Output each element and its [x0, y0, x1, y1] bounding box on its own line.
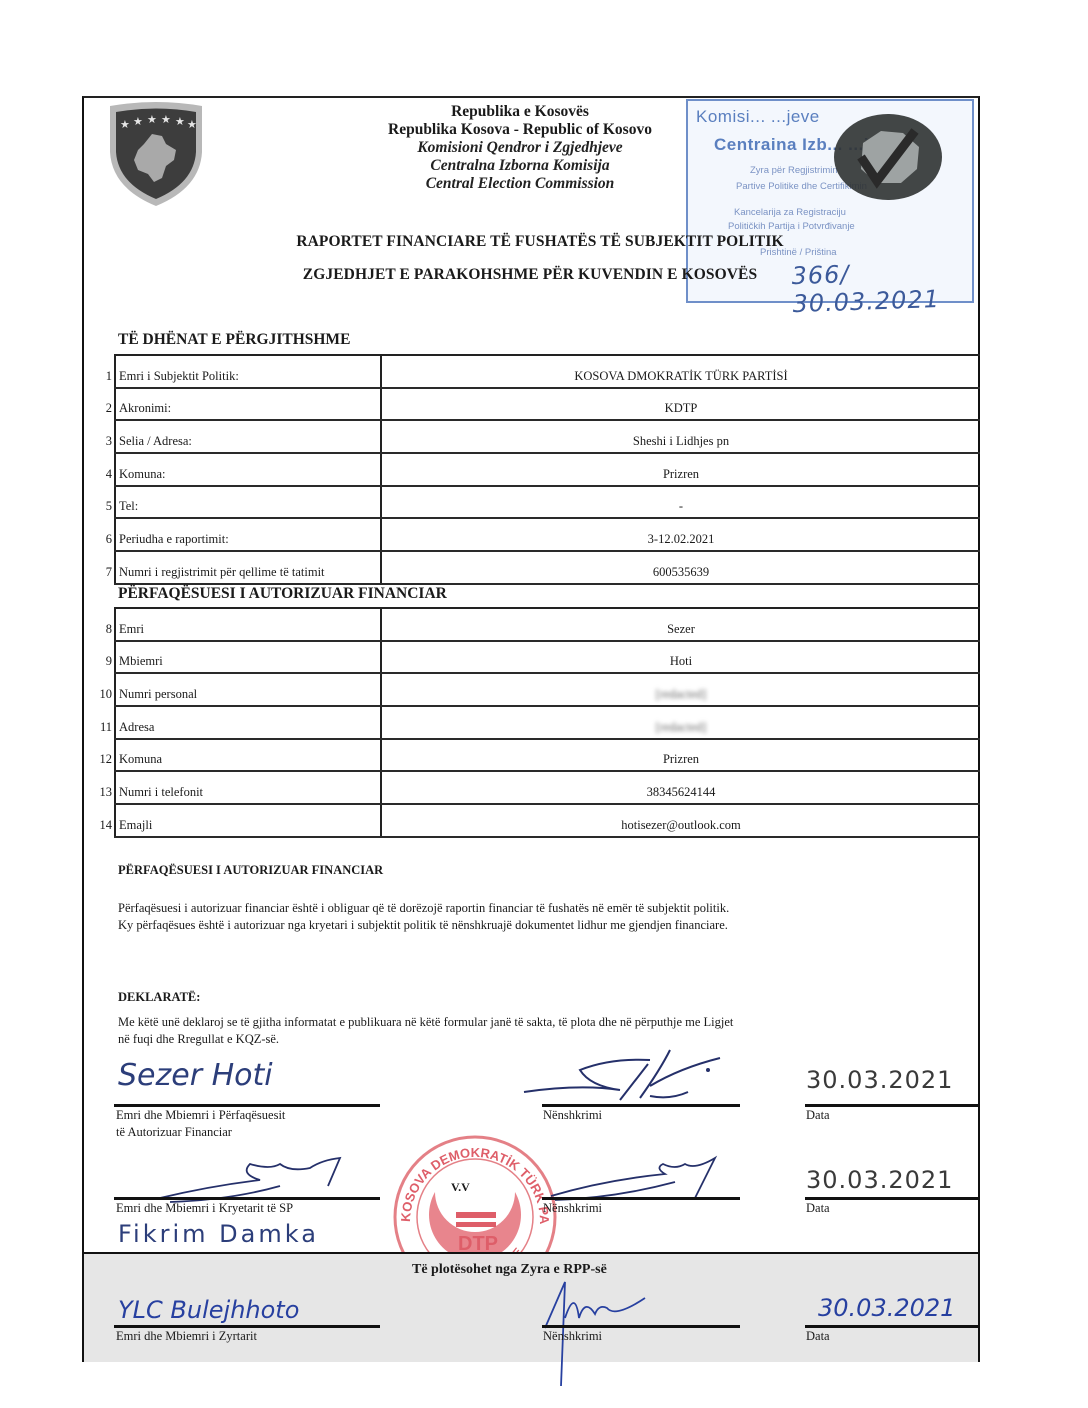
declaration-line-2: në fuqi dhe Rregullat e KQZ-së.: [118, 1031, 858, 1048]
redacted-value: [redacted]: [382, 707, 980, 738]
table-row: 2Akronimi:KDTP: [114, 389, 980, 422]
stamp-line-5: Kancelarija za Registraciju: [734, 207, 846, 218]
financial-representative-table: 8EmriSezer9MbiemriHoti10Numri personal[r…: [114, 607, 980, 838]
table-row: 1Emri i Subjektit Politik:KOSOVA DMOKRAT…: [114, 356, 980, 389]
official-date-caption: Data: [806, 1328, 830, 1345]
row-label: Emri: [114, 609, 382, 640]
header-line-2: Republika Kosova - Republic of Kosovo: [330, 121, 710, 139]
financial-representative-heading: PËRFAQËSUESI I AUTORIZUAR FINANCIAR: [118, 585, 447, 603]
header-line-4: Centralna Izborna Komisija: [330, 157, 710, 175]
row-number: 8: [96, 622, 112, 637]
official-name-caption: Emri dhe Mbiemri i Zyrtarit: [116, 1328, 257, 1345]
row-number: 7: [96, 565, 112, 580]
svg-text:KOSOVA DEMOKRATİK TÜRK PARTİSİ: KOSOVA DEMOKRATİK TÜRK PARTİSİ: [390, 1132, 552, 1225]
row-label: Numri i telefonit: [114, 772, 382, 803]
row-value: Prizren: [382, 740, 980, 771]
table-row: 7Numri i regjistrimit për qellime të tat…: [114, 552, 980, 585]
representative-date: 30.03.2021: [806, 1066, 953, 1094]
row-number: 3: [96, 434, 112, 449]
row-number: 14: [96, 818, 112, 833]
row-value: 38345624144: [382, 772, 980, 803]
official-handwritten-name: YLC Bulejhhoto: [118, 1296, 299, 1324]
row-number: 1: [96, 369, 112, 384]
row-number: 6: [96, 532, 112, 547]
row-label: Adresa: [114, 707, 382, 738]
chairman-handwritten-name: Fikrim Damka: [118, 1220, 319, 1248]
notice-text: Përfaqësuesi i autorizuar financiar ësht…: [118, 900, 838, 934]
row-value: Prizren: [382, 454, 980, 485]
row-value: 3-12.02.2021: [382, 519, 980, 550]
row-number: 2: [96, 401, 112, 416]
stamp-line-1: Komisi... ...jeve: [696, 107, 820, 127]
row-value: 600535639: [382, 552, 980, 583]
svg-text:★: ★: [133, 115, 143, 128]
row-label: Komuna: [114, 740, 382, 771]
table-row: 3Selia / Adresa:Sheshi i Lidhjes pn: [114, 421, 980, 454]
header-line-3: Komisioni Qendror i Zgjedhjeve: [330, 139, 710, 157]
representative-handwritten-name: Sezer Hoti: [118, 1058, 273, 1093]
svg-text:★: ★: [120, 118, 130, 131]
cec-logo-icon: [833, 113, 943, 201]
row-number: 4: [96, 467, 112, 482]
table-row: 12KomunaPrizren: [114, 740, 980, 773]
chairman-vv: V.V: [451, 1180, 470, 1195]
table-row: 14Emajlihotisezer@outlook.com: [114, 805, 980, 838]
caption-line-1: Emri dhe Mbiemri i Përfaqësuesit: [116, 1107, 285, 1124]
row-value: Sheshi i Lidhjes pn: [382, 421, 980, 452]
row-label: Akronimi:: [114, 389, 382, 420]
row-value: Sezer: [382, 609, 980, 640]
report-title: RAPORTET FINANCIARE TË FUSHATËS TË SUBJE…: [200, 233, 880, 251]
row-label: Emajli: [114, 805, 382, 836]
table-row: 11Adresa[redacted]: [114, 707, 980, 740]
row-number: 11: [96, 720, 112, 735]
declaration-line-1: Me këtë unë deklaroj se të gjitha inform…: [118, 1014, 858, 1031]
header-line-1: Republika e Kosovës: [330, 103, 710, 121]
table-row: 9MbiemriHoti: [114, 642, 980, 675]
header-line-5: Central Election Commission: [330, 175, 710, 193]
row-value: -: [382, 487, 980, 518]
svg-text:★: ★: [147, 113, 157, 126]
row-value: KOSOVA DMOKRATİK TÜRK PARTİSİ: [382, 356, 980, 387]
row-label: Tel:: [114, 487, 382, 518]
svg-text:★: ★: [175, 115, 185, 128]
general-data-table: 1Emri i Subjektit Politik:KOSOVA DMOKRAT…: [114, 354, 980, 585]
official-date: 30.03.2021: [818, 1294, 955, 1322]
stamp-line-3: Zyra për Regjistrimin: [750, 165, 838, 176]
representative-date-caption: Data: [806, 1107, 830, 1124]
stamp-line-6: Političkih Partija i Potvrđivanje: [728, 221, 855, 232]
table-row: 6Periudha e raportimit:3-12.02.2021: [114, 519, 980, 552]
row-number: 10: [96, 687, 112, 702]
row-label: Periudha e raportimit:: [114, 519, 382, 550]
office-section-heading: Të plotësohet nga Zyra e RPP-së: [412, 1262, 607, 1278]
institution-header: Republika e Kosovës Republika Kosova - R…: [330, 103, 710, 193]
table-row: 8EmriSezer: [114, 609, 980, 642]
row-number: 13: [96, 785, 112, 800]
chairman-name-caption: Emri dhe Mbiemri i Kryetarit të SP: [116, 1200, 293, 1217]
chairman-date-caption: Data: [806, 1200, 830, 1217]
table-row: 4Komuna:Prizren: [114, 454, 980, 487]
representative-name-caption: Emri dhe Mbiemri i Përfaqësuesit të Auto…: [116, 1107, 285, 1141]
svg-text:★: ★: [187, 118, 197, 131]
report-subtitle: ZGJEDHJET E PARAKOHSHME PËR KUVENDIN E K…: [190, 266, 870, 284]
general-data-heading: TË DHËNAT E PËRGJITHSHME: [118, 331, 350, 349]
row-label: Mbiemri: [114, 642, 382, 673]
chairman-date-line: [805, 1197, 980, 1200]
row-label: Selia / Adresa:: [114, 421, 382, 452]
table-row: 5Tel:-: [114, 487, 980, 520]
row-value: hotisezer@outlook.com: [382, 805, 980, 836]
representative-signature-caption: Nënshkrimi: [543, 1107, 602, 1124]
row-label: Numri personal: [114, 674, 382, 705]
row-value: KDTP: [382, 389, 980, 420]
declaration-heading: DEKLARATË:: [118, 990, 200, 1005]
notice-heading: PËRFAQËSUESI I AUTORIZUAR FINANCIAR: [118, 863, 383, 878]
seal-text-top: KOSOVA DEMOKRATİK TÜRK PARTİSİ: [390, 1132, 552, 1225]
notice-line-2: Ky përfaqësues është i autorizuar nga kr…: [118, 917, 838, 934]
row-label: Komuna:: [114, 454, 382, 485]
row-label: Numri i regjistrimit për qellime të tati…: [114, 552, 382, 583]
row-number: 9: [96, 654, 112, 669]
row-number: 12: [96, 752, 112, 767]
row-label: Emri i Subjektit Politik:: [114, 356, 382, 387]
kosovo-coat-of-arms-icon: ★★★ ★★★: [104, 100, 208, 210]
notice-line-1: Përfaqësuesi i autorizuar financiar ësht…: [118, 900, 838, 917]
caption-line-2: të Autorizuar Financiar: [116, 1124, 285, 1141]
official-date-line: [805, 1325, 980, 1328]
declaration-text: Me këtë unë deklaroj se të gjitha inform…: [118, 1014, 858, 1048]
row-number: 5: [96, 499, 112, 514]
svg-text:★: ★: [161, 113, 171, 126]
official-signature-caption: Nënshkrimi: [543, 1328, 602, 1345]
row-value: Hoti: [382, 642, 980, 673]
table-row: 10Numri personal[redacted]: [114, 674, 980, 707]
representative-date-line: [805, 1104, 980, 1107]
redacted-value: [redacted]: [382, 674, 980, 705]
chairman-date: 30.03.2021: [806, 1166, 953, 1194]
chairman-signature-caption: Nënshkrimi: [543, 1200, 602, 1217]
table-row: 13Numri i telefonit38345624144: [114, 772, 980, 805]
